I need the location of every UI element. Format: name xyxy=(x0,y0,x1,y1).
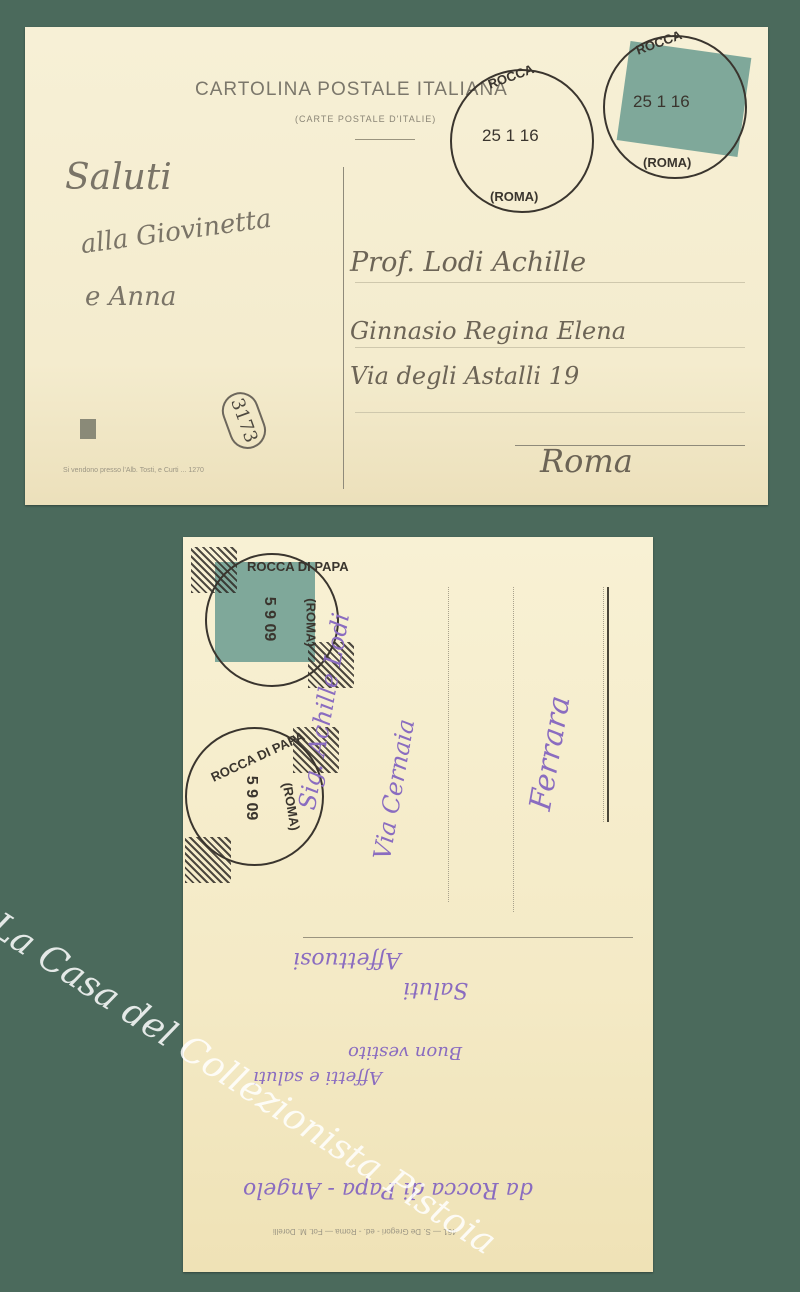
address-line-1: Prof. Lodi Achille xyxy=(350,247,586,278)
postcard-back-1909: ROCCA DI PAPA 5 9 09 (ROMA) ROCCA DI PAP… xyxy=(183,537,653,1272)
card-subtitle: (CARTE POSTALE D'ITALIE) xyxy=(295,114,436,124)
message-line-2: alla Giovinetta xyxy=(79,204,273,260)
address-line xyxy=(355,282,745,283)
postmark-left: ROCCA 25 1 16 (ROMA) xyxy=(450,69,594,213)
title-rule xyxy=(355,139,415,140)
address-street: Via Cernaia xyxy=(368,717,420,862)
card-title: CARTOLINA POSTALE ITALIANA xyxy=(195,79,508,101)
address-city: Roma xyxy=(540,442,633,480)
message-line-4: Buon vestito xyxy=(348,1042,462,1063)
address-line xyxy=(603,587,604,822)
address-rule xyxy=(607,587,609,822)
address-line xyxy=(513,587,514,912)
message-line-1: Saluti xyxy=(65,157,172,198)
message-divider xyxy=(303,937,633,938)
message-address-divider xyxy=(343,167,344,489)
address-line-3: Via degli Astalli 19 xyxy=(350,362,579,390)
address-line xyxy=(355,412,745,413)
address-line xyxy=(355,347,745,348)
address-line-2: Ginnasio Regina Elena xyxy=(350,317,626,345)
oval-mark: 3173 xyxy=(217,387,272,454)
message-line-1: Saluti xyxy=(403,977,468,1002)
postcard-front-1916: CARTOLINA POSTALE ITALIANA (CARTE POSTAL… xyxy=(25,27,768,505)
message-line-3: e Anna xyxy=(85,282,176,312)
publisher-line: Si vendono presso l'Alb. Tosti, e Curti … xyxy=(63,467,204,474)
message-line-2: Affettuosi xyxy=(293,947,401,972)
address-line xyxy=(448,587,449,902)
address-city: Ferrara xyxy=(523,693,578,813)
postmark-right: ROCCA 25 1 16 (ROMA) xyxy=(603,35,747,179)
publisher-logo xyxy=(80,419,96,439)
